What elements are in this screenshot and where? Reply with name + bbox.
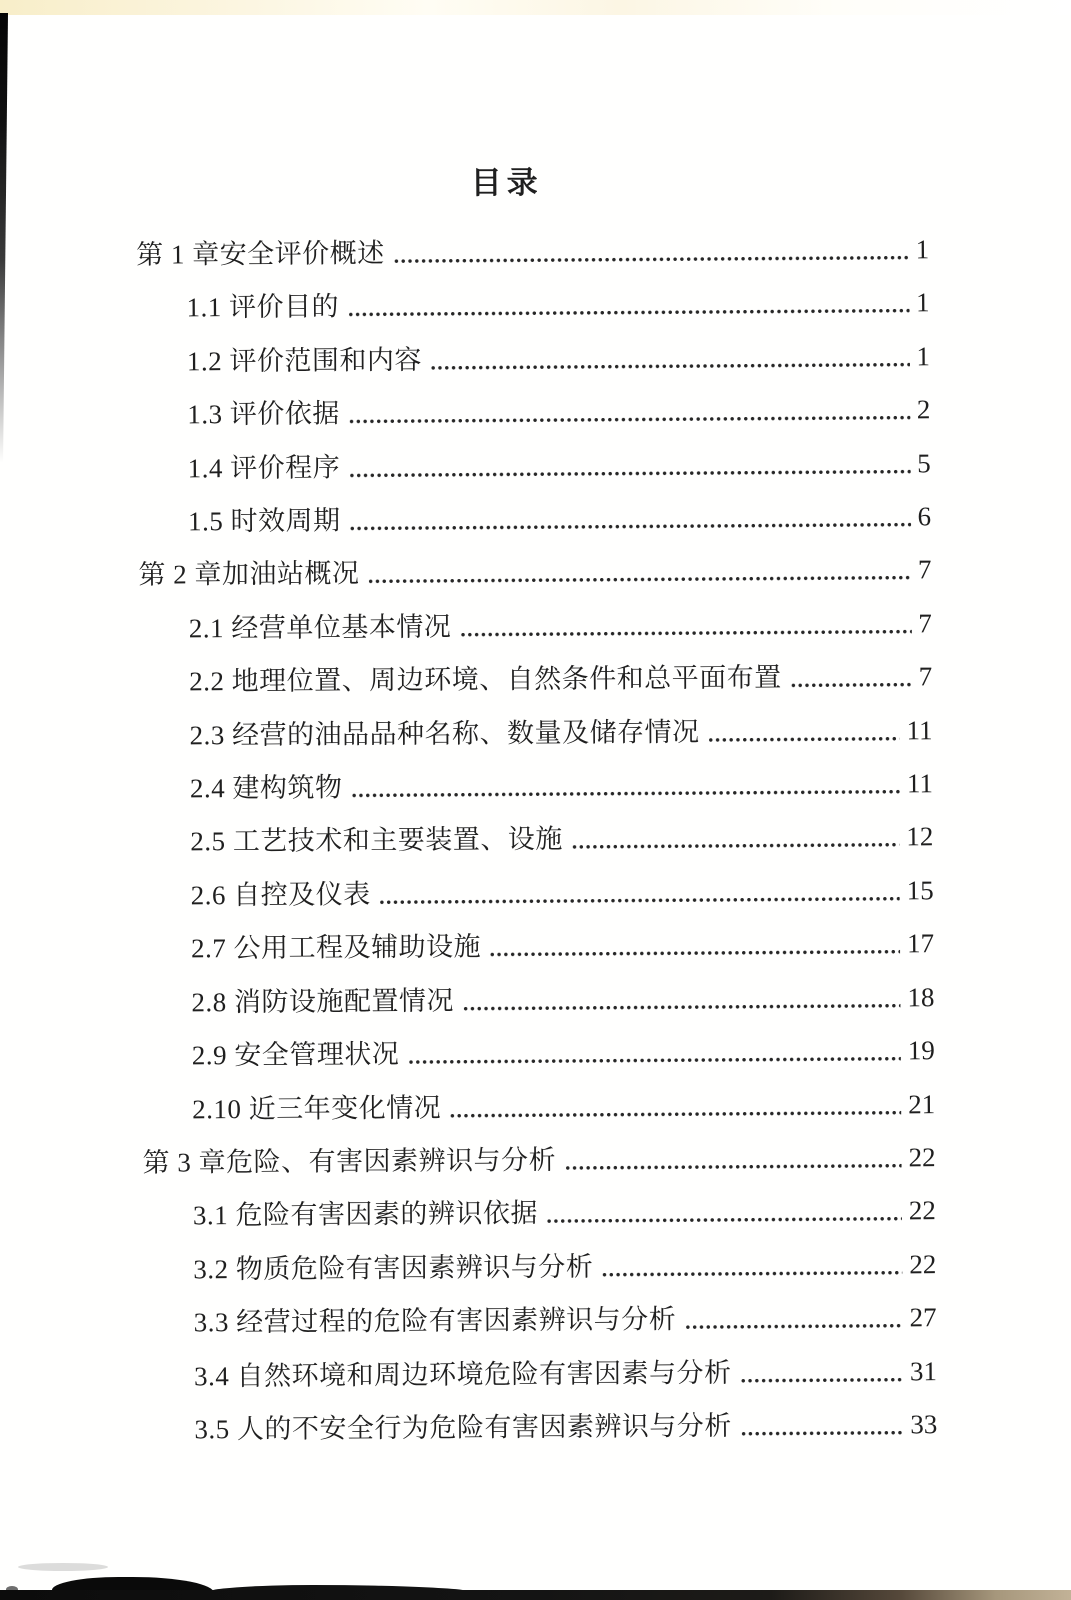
toc-leader-dots (460, 629, 911, 637)
toc-leader-dots (565, 1163, 902, 1170)
toc-entry: 3.5 人的不安全行为危险有害因素辨识与分析33 (144, 1409, 937, 1468)
toc-entry-label: 1.4 评价程序 (188, 452, 341, 483)
toc-entry-label: 2.7 公用工程及辅助设施 (191, 932, 481, 964)
toc-page-number: 22 (909, 1249, 936, 1279)
toc-entry-label: 2.10 近三年变化情况 (192, 1092, 441, 1124)
toc-entry-label: 2.5 工艺技术和主要装置、设施 (190, 824, 563, 857)
toc-leader-dots (394, 255, 909, 264)
toc-entry-label: 3.5 人的不安全行为危险有害因素辨识与分析 (194, 1411, 732, 1445)
toc-leader-dots (368, 576, 911, 585)
toc-list: 第 1 章安全评价概述11.1 评价目的11.2 评价范围和内容11.3 评价依… (136, 234, 938, 1468)
toc-entry-label: 1.2 评价范围和内容 (187, 345, 422, 377)
toc-page-number: 15 (907, 875, 934, 905)
toc-entry: 1.1 评价目的1 (136, 288, 929, 347)
toc-page-number: 11 (907, 768, 933, 798)
toc-entry-label: 第 2 章加油站概况 (138, 559, 359, 591)
toc-entry: 第 3 章危险、有害因素辨识与分析22 (142, 1142, 935, 1201)
toc-page-number: 27 (910, 1302, 937, 1332)
toc-page-number: 33 (910, 1409, 937, 1439)
toc-leader-dots (547, 1217, 902, 1224)
toc-entry: 2.7 公用工程及辅助设施17 (141, 928, 934, 987)
toc-entry: 1.2 评价范围和内容1 (137, 341, 930, 400)
toc-leader-dots (380, 896, 900, 905)
toc-page-number: 18 (907, 982, 934, 1012)
toc-entry: 第 1 章安全评价概述1 (136, 234, 929, 293)
toc-leader-dots (490, 950, 900, 958)
toc-leader-dots (685, 1324, 903, 1331)
toc-entry-label: 第 3 章危险、有害因素辨识与分析 (142, 1145, 556, 1178)
toc-page-number: 7 (918, 608, 932, 638)
toc-entry: 3.4 自然环境和周边环境危险有害因素与分析31 (144, 1356, 937, 1415)
toc-leader-dots (572, 843, 900, 850)
toc-entry: 2.3 经营的油品品种名称、数量及储存情况11 (139, 715, 932, 774)
toc-entry-label: 2.4 建构筑物 (190, 772, 343, 803)
toc-entry: 1.5 时效周期6 (138, 501, 931, 560)
toc-entry: 3.3 经营过程的危险有害因素辨识与分析27 (144, 1302, 937, 1361)
toc-leader-dots (791, 683, 912, 689)
toc-entry-label: 2.3 经营的油品品种名称、数量及储存情况 (189, 717, 699, 751)
toc-leader-dots (348, 309, 909, 318)
toc-leader-dots (741, 1430, 904, 1436)
toc-entry-label: 1.1 评价目的 (186, 292, 339, 323)
toc-page-number: 19 (908, 1035, 935, 1065)
toc-entry-label: 3.3 经营过程的危险有害因素辨识与分析 (194, 1304, 677, 1337)
toc-leader-dots (408, 1057, 901, 1065)
toc-entry-label: 3.4 自然环境和周边环境危险有害因素与分析 (194, 1357, 732, 1391)
toc-page-number: 2 (917, 394, 931, 424)
toc-entry: 2.9 安全管理状况19 (142, 1035, 935, 1094)
toc-page-number: 12 (906, 822, 933, 852)
toc-entry: 2.2 地理位置、周边环境、自然条件和总平面布置7 (139, 661, 932, 720)
toc-entry-label: 1.3 评价依据 (187, 399, 340, 430)
toc-entry-label: 3.2 物质危险有害因素辨识与分析 (193, 1251, 593, 1284)
toc-entry: 1.4 评价程序5 (138, 448, 931, 507)
scan-edge-bottom (0, 1590, 1071, 1600)
page-content: 目录 第 1 章安全评价概述11.1 评价目的11.2 评价范围和内容11.3 … (0, 0, 1071, 1600)
toc-leader-dots (450, 1110, 901, 1118)
toc-page-number: 11 (906, 715, 932, 745)
toc-entry-label: 2.1 经营单位基本情况 (189, 611, 452, 643)
toc-leader-dots (349, 469, 910, 478)
toc-leader-dots (351, 790, 900, 799)
toc-leader-dots (349, 416, 910, 425)
toc-leader-dots (463, 1003, 901, 1011)
toc-entry: 2.5 工艺技术和主要装置、设施12 (140, 822, 933, 881)
toc-page-number: 1 (916, 341, 930, 371)
scan-smudge (18, 1563, 108, 1571)
toc-entry-label: 1.5 时效周期 (188, 505, 341, 536)
toc-page-number: 17 (907, 928, 934, 958)
toc-page-number: 21 (908, 1089, 935, 1119)
toc-page-number: 22 (909, 1196, 936, 1226)
toc-page-number: 1 (916, 288, 930, 318)
toc-leader-dots (709, 736, 900, 742)
toc-entry: 3.2 物质危险有害因素辨识与分析22 (143, 1249, 936, 1308)
toc-page-number: 5 (917, 448, 931, 478)
toc-page-number: 7 (919, 661, 933, 691)
toc-page-number: 1 (916, 234, 930, 264)
toc-page-number: 22 (908, 1142, 935, 1172)
toc-entry: 2.10 近三年变化情况21 (142, 1089, 935, 1148)
toc-entry-label: 2.9 安全管理状况 (192, 1039, 400, 1070)
toc-entry-label: 2.6 自控及仪表 (191, 879, 371, 910)
toc-leader-dots (602, 1270, 902, 1277)
scanned-page: 目录 第 1 章安全评价概述11.1 评价目的11.2 评价范围和内容11.3 … (0, 0, 1071, 1600)
toc-entry: 2.8 消防设施配置情况18 (141, 982, 934, 1041)
toc-entry-label: 2.2 地理位置、周边环境、自然条件和总平面布置 (189, 663, 782, 697)
toc-page-number: 31 (910, 1356, 937, 1386)
toc-entry-label: 第 1 章安全评价概述 (136, 238, 385, 270)
toc-entry: 第 2 章加油站概况7 (138, 555, 931, 614)
toc-page-number: 7 (918, 555, 932, 585)
toc-entry: 2.1 经营单位基本情况7 (139, 608, 932, 667)
toc-entry-label: 3.1 危险有害因素的辨识依据 (193, 1198, 538, 1230)
toc-entry: 2.6 自控及仪表15 (141, 875, 934, 934)
toc-entry: 1.3 评价依据2 (137, 394, 930, 453)
toc-leader-dots (350, 522, 911, 531)
toc-entry: 2.4 建构筑物11 (140, 768, 933, 827)
toc-leader-dots (431, 362, 910, 370)
toc-page-number: 6 (917, 501, 931, 531)
toc-entry: 3.1 危险有害因素的辨识依据22 (143, 1196, 936, 1255)
toc-leader-dots (741, 1377, 904, 1383)
toc-entry-label: 2.8 消防设施配置情况 (191, 985, 454, 1017)
page-title: 目录 (0, 160, 1018, 207)
